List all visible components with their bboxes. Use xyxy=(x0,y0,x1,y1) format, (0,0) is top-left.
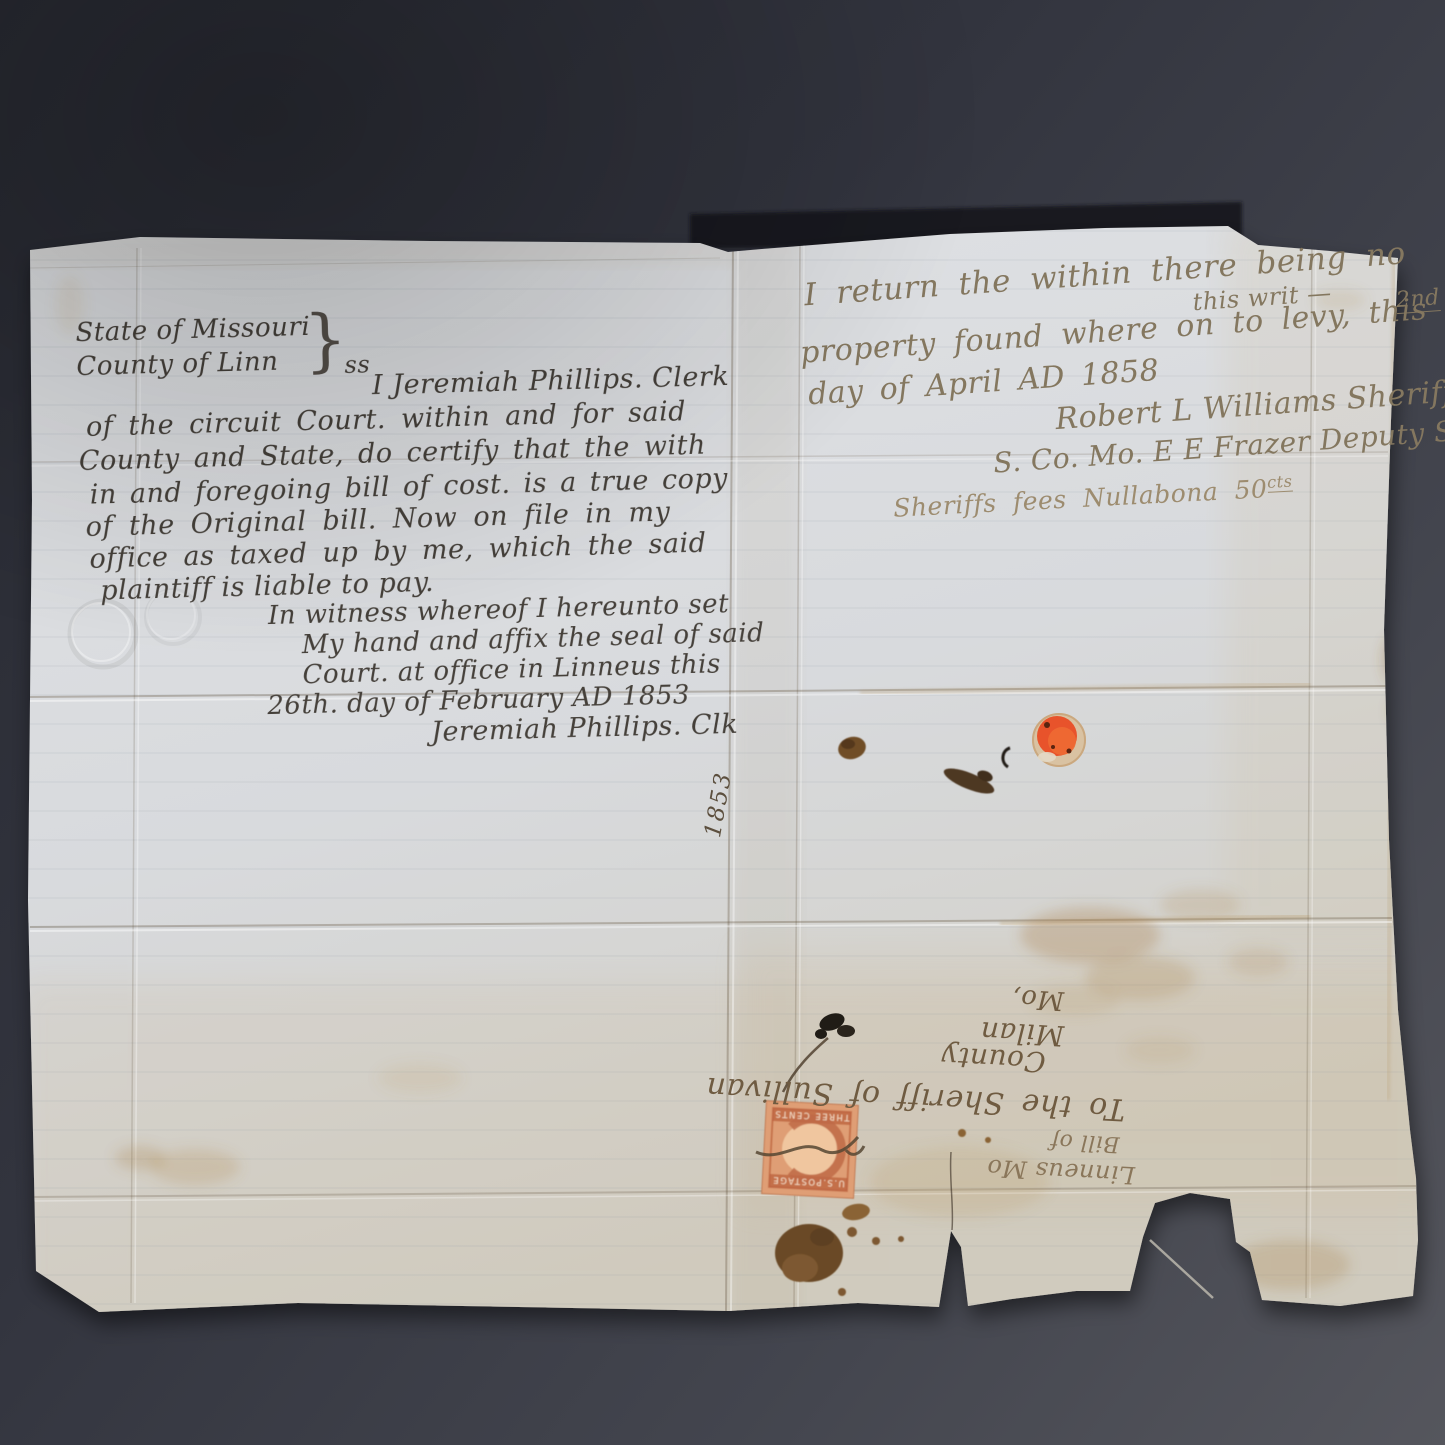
certification-state-line: State of Missouri xyxy=(75,312,310,348)
certification-brace: } xyxy=(303,301,349,381)
address-docket-line: Linneus Mo xyxy=(986,1154,1135,1190)
certification-line: I Jeremiah Phillips. Clerk xyxy=(372,361,730,401)
address-line: Mo, xyxy=(1011,983,1065,1016)
return-day-ordinal: 2nd xyxy=(1395,285,1440,314)
wax-seal xyxy=(1032,713,1086,767)
sheriff-fees-unit: cts xyxy=(1267,472,1293,493)
torn-sliver xyxy=(1150,1240,1213,1298)
address-line: To the Sheriff of Sullivan xyxy=(705,1070,1126,1127)
address-panel: Linneus Mo Bill of To the Sheriff of Sul… xyxy=(739,944,1181,1201)
photo-backdrop: U.S.POSTAGE THREE CENTS State of Missour… xyxy=(0,0,1445,1445)
address-docket-line: Bill of xyxy=(1050,1128,1120,1157)
sheriff-return-block: I return the within there being no this … xyxy=(795,233,1445,517)
certification-county-line: County of Linn xyxy=(76,347,279,382)
certification-ss-mark: ss xyxy=(344,350,370,379)
certification-block: State of Missouri County of Linn } ss I … xyxy=(75,294,766,732)
address-line: Milan xyxy=(979,1015,1064,1052)
